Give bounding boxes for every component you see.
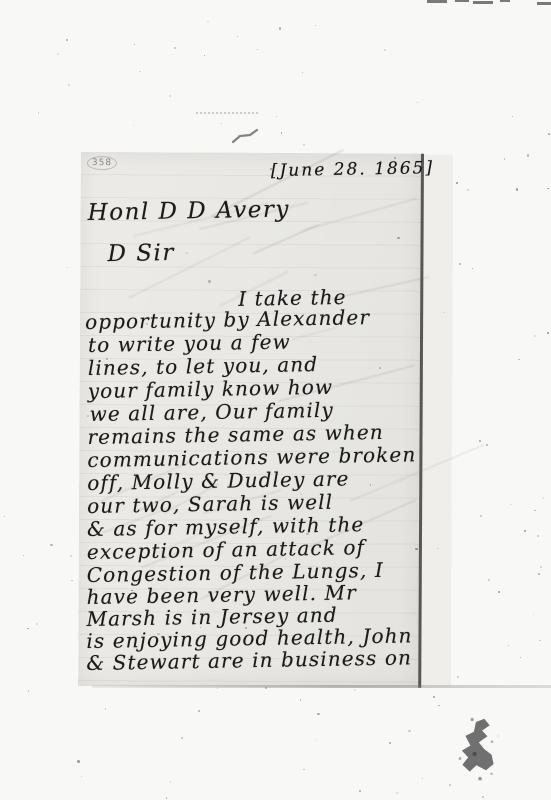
dust-speck [134, 44, 136, 46]
ink-smudge [445, 708, 505, 793]
dust-speck [315, 25, 317, 27]
dust-speck [527, 154, 529, 156]
dust-speck [200, 627, 201, 628]
dust-speck [524, 530, 526, 532]
dust-speck [300, 493, 302, 495]
salutation-recipient: Honl D D Avery [87, 197, 290, 227]
dust-speck [315, 740, 316, 741]
dust-speck [396, 792, 398, 794]
dust-speck [162, 489, 163, 490]
dust-speck [317, 713, 319, 715]
dust-speck [71, 580, 73, 582]
dust-speck [186, 252, 189, 255]
scanner-edge-artifact [455, 0, 469, 2]
dust-speck [105, 708, 107, 710]
dust-speck [66, 39, 68, 41]
dust-speck [516, 188, 519, 191]
dust-speck [480, 515, 482, 517]
date-annotation: [June 28. 1865] [271, 158, 434, 181]
scan-streak [92, 685, 551, 688]
dust-speck [170, 781, 172, 783]
dust-speck [50, 544, 53, 547]
bleed-through-stroke [303, 198, 417, 232]
dust-speck [518, 359, 520, 361]
dust-speck [504, 158, 506, 160]
pencil-dotted-line [196, 112, 258, 114]
dust-speck [303, 769, 305, 771]
pencil-squiggle-mark [231, 127, 261, 145]
dust-speck [449, 784, 451, 786]
dust-speck [547, 188, 549, 190]
dust-speck [169, 95, 171, 97]
dust-speck [36, 623, 38, 625]
dust-speck [547, 332, 549, 334]
dust-speck [217, 688, 218, 689]
letter-line: & Stewart are in business on [86, 645, 412, 675]
dust-speck [389, 742, 391, 744]
dust-speck [397, 237, 400, 240]
dust-speck [198, 710, 200, 712]
dust-speck [486, 444, 488, 446]
dust-speck [540, 566, 542, 568]
dust-speck [4, 516, 5, 517]
dust-speck [422, 778, 423, 779]
dust-speck [314, 274, 316, 276]
dust-speck [208, 280, 210, 282]
dust-speck [23, 555, 24, 556]
dust-speck [133, 125, 135, 127]
dust-speck [310, 660, 312, 662]
dust-speck [94, 589, 96, 591]
dust-speck [302, 72, 303, 73]
dust-speck [433, 696, 435, 698]
dust-speck [166, 797, 168, 799]
dust-speck [281, 132, 283, 134]
dust-speck [265, 687, 267, 689]
dust-speck [438, 705, 439, 706]
dust-speck [443, 312, 444, 313]
dust-speck [415, 548, 417, 550]
dust-speck [359, 790, 361, 792]
dust-speck [510, 504, 512, 506]
dust-speck [548, 133, 550, 135]
dust-speck [512, 116, 513, 117]
bleed-through-layer [81, 152, 421, 154]
dust-speck [81, 776, 82, 777]
dust-speck [139, 71, 141, 73]
dust-speck [131, 590, 133, 592]
dust-speck [87, 415, 89, 417]
dust-speck [520, 657, 521, 658]
dust-speck [534, 510, 536, 512]
dust-speck [498, 591, 500, 593]
bleed-through-stroke [252, 223, 320, 254]
dust-speck [279, 27, 281, 29]
dust-speck [157, 633, 160, 636]
archival-page-number: 358 [87, 156, 117, 170]
dust-speck [106, 358, 108, 360]
dust-speck [181, 737, 183, 739]
dust-speck [467, 189, 470, 192]
scanner-edge-artifact [500, 0, 510, 2]
dust-speck [70, 555, 73, 558]
dust-speck [237, 36, 238, 37]
dust-speck [67, 267, 68, 268]
dust-speck [303, 144, 305, 146]
dust-speck [472, 268, 474, 270]
dust-speck [221, 123, 222, 124]
dust-speck [146, 323, 148, 325]
dust-speck [539, 640, 540, 641]
dust-speck [27, 628, 29, 630]
salutation-dear-sir: D Sir [107, 240, 175, 267]
dust-speck [207, 21, 209, 23]
scanner-edge-artifact [427, 0, 447, 3]
dust-speck [417, 102, 418, 103]
dust-speck [354, 689, 356, 691]
scanner-edge-artifact [537, 2, 551, 5]
letter-scan: 358 [June 28. 1865] Honl D D Avery D Sir… [0, 0, 551, 800]
dust-speck [537, 535, 539, 537]
dust-speck [28, 690, 29, 691]
dust-speck [508, 645, 510, 647]
dust-speck [38, 112, 39, 113]
dust-speck [479, 440, 481, 442]
dust-speck [488, 579, 490, 581]
dust-speck [204, 55, 205, 56]
dust-speck [68, 84, 70, 86]
dust-speck [77, 760, 80, 763]
dust-speck [306, 533, 308, 535]
dust-speck [245, 627, 247, 629]
dust-speck [300, 699, 301, 700]
dust-speck [408, 730, 411, 733]
dust-speck [57, 53, 59, 55]
dust-speck [257, 49, 258, 50]
dust-speck [384, 49, 386, 51]
dust-speck [533, 614, 534, 615]
dust-speck [174, 47, 176, 49]
dust-speck [534, 335, 536, 337]
dust-speck [482, 796, 484, 798]
dust-speck [459, 263, 461, 265]
letter-page: 358 [June 28. 1865] Honl D D Avery D Sir… [78, 152, 424, 688]
dust-speck [542, 497, 544, 499]
dust-speck [276, 116, 277, 117]
dust-speck [538, 573, 540, 575]
dust-speck [457, 676, 459, 678]
dust-speck [456, 182, 458, 184]
scanner-edge-artifact [473, 1, 493, 4]
dust-speck [394, 157, 396, 159]
dust-speck [355, 662, 357, 664]
